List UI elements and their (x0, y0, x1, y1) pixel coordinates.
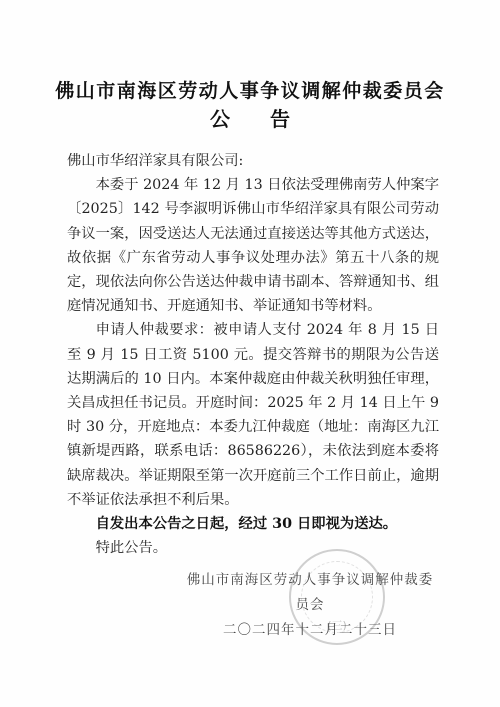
signature-organization: 佛山市南海区劳动人事争议调解仲裁委员会 (180, 568, 440, 618)
signature-block: 佛山市南海区劳动人事争议调解仲裁委员会 二〇二四年十二月二十三日 (180, 568, 440, 643)
paragraph-arbitration-request: 申请人仲裁要求：被申请人支付 2024 年 8 月 15 日至 9 月 15 日… (67, 318, 439, 512)
signature-date: 二〇二四年十二月二十三日 (180, 618, 440, 643)
closing-text: 特此公告。 (67, 536, 439, 560)
notice-page: 佛山市南海区劳动人事争议调解仲裁委员会 公告 佛山市华绍洋家具有限公司: 本委于… (0, 0, 500, 707)
paragraph-service-effective: 自发出本公告之日起，经过 30 日即视为送达。 (67, 512, 439, 536)
addressee: 佛山市华绍洋家具有限公司: (67, 149, 439, 173)
document-subtitle: 公告 (0, 103, 500, 132)
paragraph-case-acceptance: 本委于 2024 年 12 月 13 日依法受理佛南劳人仲案字〔2025〕142… (67, 173, 439, 318)
document-body: 佛山市华绍洋家具有限公司: 本委于 2024 年 12 月 13 日依法受理佛南… (67, 149, 439, 560)
document-title: 佛山市南海区劳动人事争议调解仲裁委员会 (0, 76, 500, 103)
